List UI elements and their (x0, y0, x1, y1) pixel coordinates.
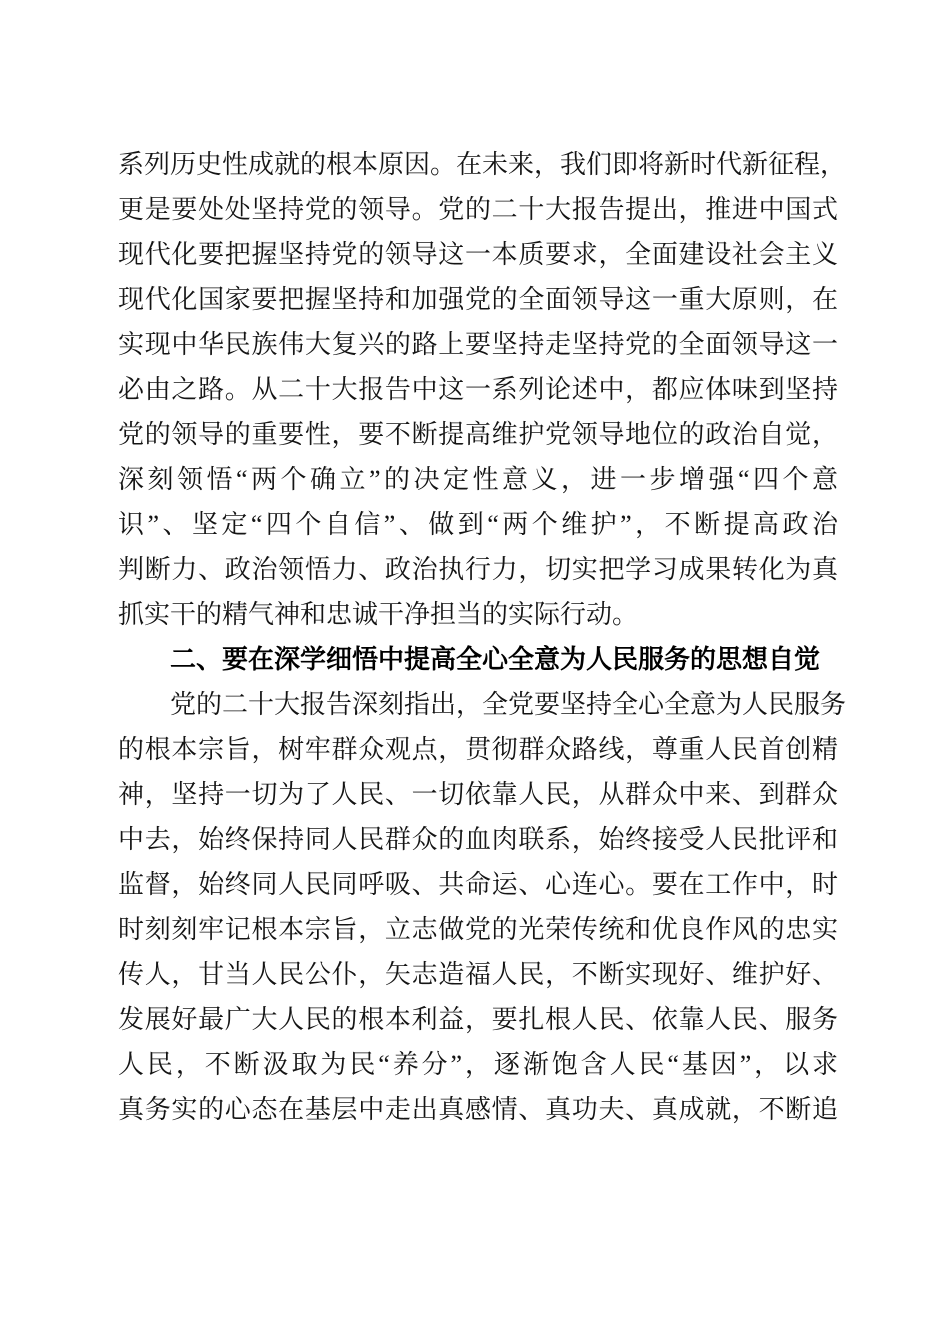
body-line: 现代化国家要把握坚持和加强党的全面领导这一重大原则，在 (118, 277, 838, 322)
body-line: 中去，始终保持同人民群众的血肉联系，始终接受人民批评和 (118, 817, 838, 862)
body-line: 神，坚持一切为了人民、一切依靠人民，从群众中来、到群众 (118, 772, 838, 817)
body-line: 识”、坚定“四个自信”、做到“两个维护”，不断提高政治 (118, 502, 838, 547)
body-line: 人民，不断汲取为民“养分”，逐渐饱含人民“基因”，以求 (118, 1042, 838, 1087)
body-line: 传人，甘当人民公仆，矢志造福人民，不断实现好、维护好、 (118, 952, 838, 997)
section-heading: 二、要在深学细悟中提高全心全意为人民服务的思想自觉 (118, 637, 838, 682)
body-line: 深刻领悟“两个确立”的决定性意义，进一步增强“四个意 (118, 457, 838, 502)
document-body: 系列历史性成就的根本原因。在未来，我们即将新时代新征程， 更是要处处坚持党的领导… (118, 142, 838, 1132)
body-line: 党的领导的重要性，要不断提高维护党领导地位的政治自觉， (118, 412, 838, 457)
body-line: 时刻刻牢记根本宗旨，立志做党的光荣传统和优良作风的忠实 (118, 907, 838, 952)
body-line: 判断力、政治领悟力、政治执行力，切实把学习成果转化为真 (118, 547, 838, 592)
document-page: 系列历史性成就的根本原因。在未来，我们即将新时代新征程， 更是要处处坚持党的领导… (0, 0, 950, 1344)
body-line: 实现中华民族伟大复兴的路上要坚持走坚持党的全面领导这一 (118, 322, 838, 367)
body-line: 更是要处处坚持党的领导。党的二十大报告提出，推进中国式 (118, 187, 838, 232)
body-line: 必由之路。从二十大报告中这一系列论述中，都应体味到坚持 (118, 367, 838, 412)
body-line: 现代化要把握坚持党的领导这一本质要求，全面建设社会主义 (118, 232, 838, 277)
body-line-paragraph-start: 党的二十大报告深刻指出，全党要坚持全心全意为人民服务 (118, 682, 838, 727)
body-line-paragraph-end: 抓实干的精气神和忠诚干净担当的实际行动。 (118, 592, 838, 637)
body-line: 发展好最广大人民的根本利益，要扎根人民、依靠人民、服务 (118, 997, 838, 1042)
body-line: 监督，始终同人民同呼吸、共命运、心连心。要在工作中，时 (118, 862, 838, 907)
body-line: 的根本宗旨，树牢群众观点，贯彻群众路线，尊重人民首创精 (118, 727, 838, 772)
body-line: 真务实的心态在基层中走出真感情、真功夫、真成就，不断追 (118, 1087, 838, 1132)
body-line: 系列历史性成就的根本原因。在未来，我们即将新时代新征程， (118, 142, 838, 187)
